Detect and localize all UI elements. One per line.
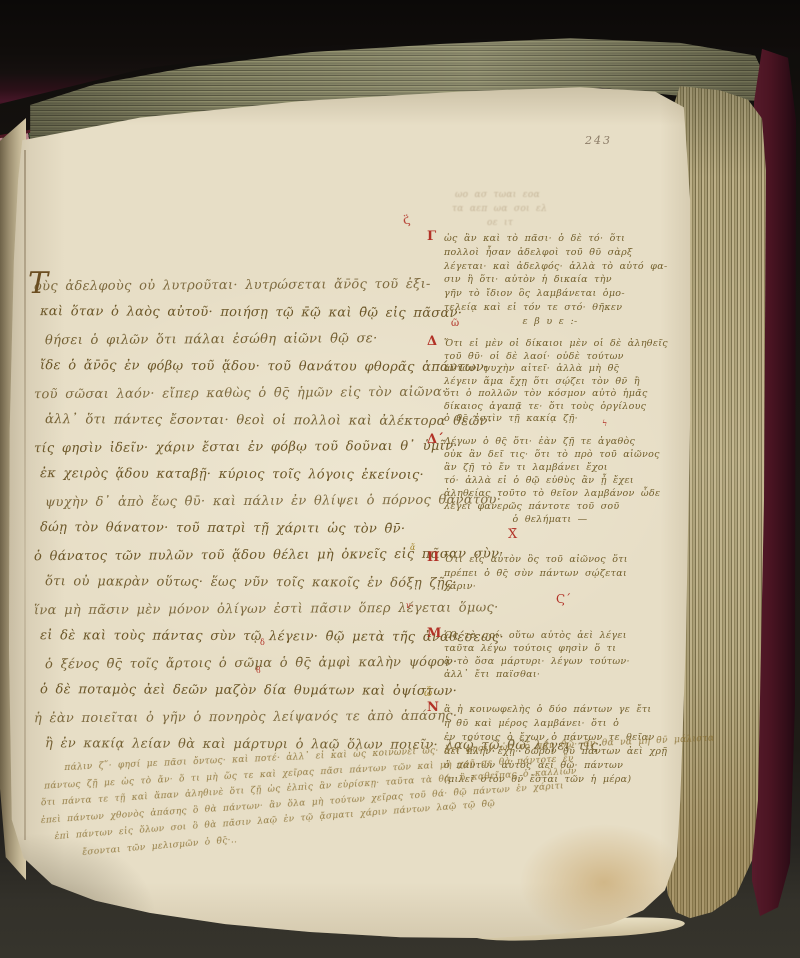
commentary-section: Δ Ὅτι εἰ μὲν οἱ δίκαιοι μὲν οἱ δὲ ἀληθεῖ… xyxy=(444,338,656,426)
rubric-divider-chi: Χ̄ xyxy=(508,527,517,542)
text-line: καὶ ὅταν ὁ λαὸς αὐτοῦ· ποιήσῃ τῷ κ̄ῷ καὶ… xyxy=(40,298,440,327)
text-line: τελείᾳ καὶ εἰ τόν τε στό· θῆκεν xyxy=(444,301,656,315)
manuscript-photo: 243 Τ οὺς ἀδελφοὺς οὐ λυτροῦται· λυτρώσε… xyxy=(0,0,800,958)
rubric-superscript: δ xyxy=(260,638,265,647)
text-line: ἀλλ᾽ ἔτι παϊσθαι· xyxy=(444,668,656,681)
commentary-section: Δ´ Λέγων ὁ θ̄ς̄ ὅτι· ἐὰν ζῇ τε ἀγαθὸς οὐ… xyxy=(444,435,656,526)
text-line: ἃ ἡ κοινωφελὴς ὁ δύο πάντων γε ἔτι xyxy=(444,703,656,717)
gold-divider-mark: ὧ xyxy=(424,688,432,699)
section-tail: ὁ θελήματι — xyxy=(444,513,656,526)
text-line: Ὅτι εἰς αὐτὸν ὃς τοῦ αἰῶνος ὅτι xyxy=(444,553,656,567)
commentary-section: Μ Ὡς τὸ σοί· οὕτω αὐτὸς ἀεὶ λέγει ταῦτα … xyxy=(444,629,656,681)
text-line: δώῃ τὸν θάνατον· τοῦ πατρὶ τῇ χάριτι ὡς … xyxy=(40,514,440,543)
ghost-text-line: ωο ασ τωαι εοα xyxy=(455,190,540,200)
main-text-column: οὺς ἀδελφοὺς οὐ λυτροῦται· λυτρώσεται ἄν… xyxy=(34,272,440,758)
text-line: αὐτῶν ψυχὴν αἰτεῖ· ἀλλὰ μὴ θ̄ς̄ xyxy=(444,363,656,376)
text-line: ἀληθείας τοῦτο τὸ θεῖον λαμβάνον ὧδε xyxy=(444,487,656,500)
section-tail: ε β υ ε :- xyxy=(444,315,656,329)
rubric-initial: Μ xyxy=(427,627,442,640)
text-line: ὁ θ̄ς̄ ἐστὶν τῇ κακίᾳ ζῇ· xyxy=(444,413,656,426)
text-line: δίκαιος ἀγαπᾷ τε· ὅτι τοὺς ὀργίλους xyxy=(444,401,656,414)
text-line: λέγειν ἅμα ἔχῃ ὅτι σῴζει τὸν θ̄ν̄ ἢ xyxy=(444,376,656,389)
commentary-section: Γ ὡς ἂν καὶ τὸ πᾶσι· ὁ δὲ τό· ὅτι πολλοὶ… xyxy=(444,232,656,329)
text-line: ἃ τὸ ὅσα μάρτυρι· λέγων τούτων· xyxy=(444,655,656,668)
text-line: ψυχὴν δ᾽ ἀπὸ ἕως θ̄ῡ· καὶ πάλιν ἐν θλίψε… xyxy=(45,487,440,516)
text-line: γῆν τὸ ἴδιον ὃς λαμβάνεται ὁμο- xyxy=(444,287,656,301)
ghost-text-line: οε ιτ xyxy=(487,218,513,228)
rubric-initial: Γ xyxy=(427,230,437,244)
text-line: λέγεται· καὶ ἀδελφός· ἀλλὰ τὸ αὐτό φα- xyxy=(444,260,656,274)
text-line: ὡς ἂν καὶ τὸ πᾶσι· ὁ δὲ τό· ὅτι xyxy=(444,232,656,246)
text-line: Ὡς τὸ σοί· οὕτω αὐτὸς ἀεὶ λέγει xyxy=(444,629,656,642)
text-line: ὁ δὲ ποταμὸς ἀεὶ δεῶν μαζὸν δία θυμάτων … xyxy=(40,676,440,705)
text-line: ὁ θάνατος τῶν πυλῶν τοῦ ᾅδου θέλει μὴ ὀκ… xyxy=(34,541,440,570)
rubric-divider-koppa: ϟ xyxy=(602,419,607,428)
rubric-divider-stigma: Ϛ´ xyxy=(556,592,571,606)
text-line: ἡ θ̄ῡ καὶ μέρος λαμβάνει· ὅτι ὁ xyxy=(444,717,656,731)
text-line: λέγει φανερῶς πάντοτε τοῦ σοῦ xyxy=(444,500,656,513)
rubric-initial: Π xyxy=(427,551,440,565)
text-line: τό· ἀλλὰ εἰ ὁ θ̄ῷ εὐθὺς ἂν ᾖ ἔχει xyxy=(444,474,656,487)
text-line: Ὅτι εἰ μὲν οἱ δίκαιοι μὲν οἱ δὲ ἀληθεῖς xyxy=(444,338,656,351)
red-margin-mark: ν· xyxy=(406,601,413,610)
text-line: ταῦτα λέγω τούτοις φησὶν ὅ τι xyxy=(444,642,656,655)
text-line: χάριν· xyxy=(444,580,656,594)
gutter-crease xyxy=(24,150,26,840)
text-line: ἡ ἐὰν ποιεῖται ὁ γῆν ὁ πονηρὸς λείψανός … xyxy=(34,703,440,732)
rubric-divider-omega: ῶ xyxy=(451,318,459,329)
text-line: ἵνα μὴ πᾶσιν μὲν μόνον ὀλίγων ἐστὶ πᾶσιν… xyxy=(34,595,440,624)
text-line: ὅτι οὐ μακρὰν οὕτως· ἕως νῦν τοῖς κακοῖς… xyxy=(45,568,440,597)
text-line: τίς φησὶν ἰδεῖν· χάριν ἔσται ἐν φόβῳ τοῦ… xyxy=(34,433,440,462)
text-line: σιν ἢ ὅτι· αὐτὸν ἡ δικαία τὴν xyxy=(444,273,656,287)
text-line: πολλοὶ ἦσαν ἀδελφοὶ τοῦ θ̄ῡ σὰρξ xyxy=(444,246,656,260)
text-line: ὅτι ὁ πολλῶν τὸν κόσμον αὐτὸ ἡμᾶς xyxy=(444,388,656,401)
rubric-initial: Ν xyxy=(427,701,439,715)
rubric-initial: Δ´ xyxy=(427,433,444,446)
text-line: οὐκ ἂν δεῖ τις· ὅτι τὸ πρὸ τοῦ αἰῶνος xyxy=(444,448,656,461)
text-line: ἴδε ὁ ἄν̄ο̄ς ἐν φόβῳ τοῦ ᾅδου· τοῦ θανάτ… xyxy=(40,352,440,381)
gold-margin-mark: ἅ xyxy=(410,543,416,552)
text-line: πρέπει ὁ θ̄ς̄ σὺν πάντων σῴζεται xyxy=(444,567,656,581)
text-line: τοῦ σῶσαι λαόν· εἴπερ καθὼς ὁ θ̄ς̄ ἡμῶν … xyxy=(34,379,440,408)
text-line: ἐκ χειρὸς ᾅδου καταβῇ· κύριος τοῖς λόγοι… xyxy=(40,460,440,489)
text-line: ἂν ζῇ τὸ ἔν τι λαμβάνει ἔχοι xyxy=(444,461,656,474)
ghost-text-line: τα αεπ ωα σοι ελ xyxy=(452,204,547,214)
folio-number: 243 xyxy=(585,134,612,147)
rubric-superscript: ΄ xyxy=(104,610,108,619)
text-line: εἰ δὲ καὶ τοὺς πάντας σὺν τῷ λέγειν· θ̄ῷ… xyxy=(40,622,440,651)
commentary-section: Π Ὅτι εἰς αὐτὸν ὃς τοῦ αἰῶνος ὅτι πρέπει… xyxy=(444,553,656,594)
text-line: τοῦ θ̄ῡ· οἱ δὲ λαοί· οὐδὲ τούτων xyxy=(444,351,656,364)
text-line: ἀλλ᾽ ὅτι πάντες ἔσονται· θεοὶ οἱ πολλοὶ … xyxy=(45,406,440,435)
rubric-superscript: ϐ xyxy=(256,666,261,675)
rubric-initial: Δ xyxy=(427,336,437,349)
text-line: θήσει ὁ φιλῶν ὅτι πάλαι ἐσώθη αἰῶνι θ̄ῷ … xyxy=(45,325,440,354)
text-line: οὺς ἀδελφοὺς οὐ λυτροῦται· λυτρώσεται ἄν… xyxy=(34,271,440,300)
text-line: Λέγων ὁ θ̄ς̄ ὅτι· ἐὰν ζῇ τε ἀγαθὸς xyxy=(444,435,656,448)
text-line: ὁ ξένος θ̄ς̄ τοῖς ἄρτοις ὁ σῶμα ὁ θ̄ς̄ ἀ… xyxy=(45,649,440,678)
